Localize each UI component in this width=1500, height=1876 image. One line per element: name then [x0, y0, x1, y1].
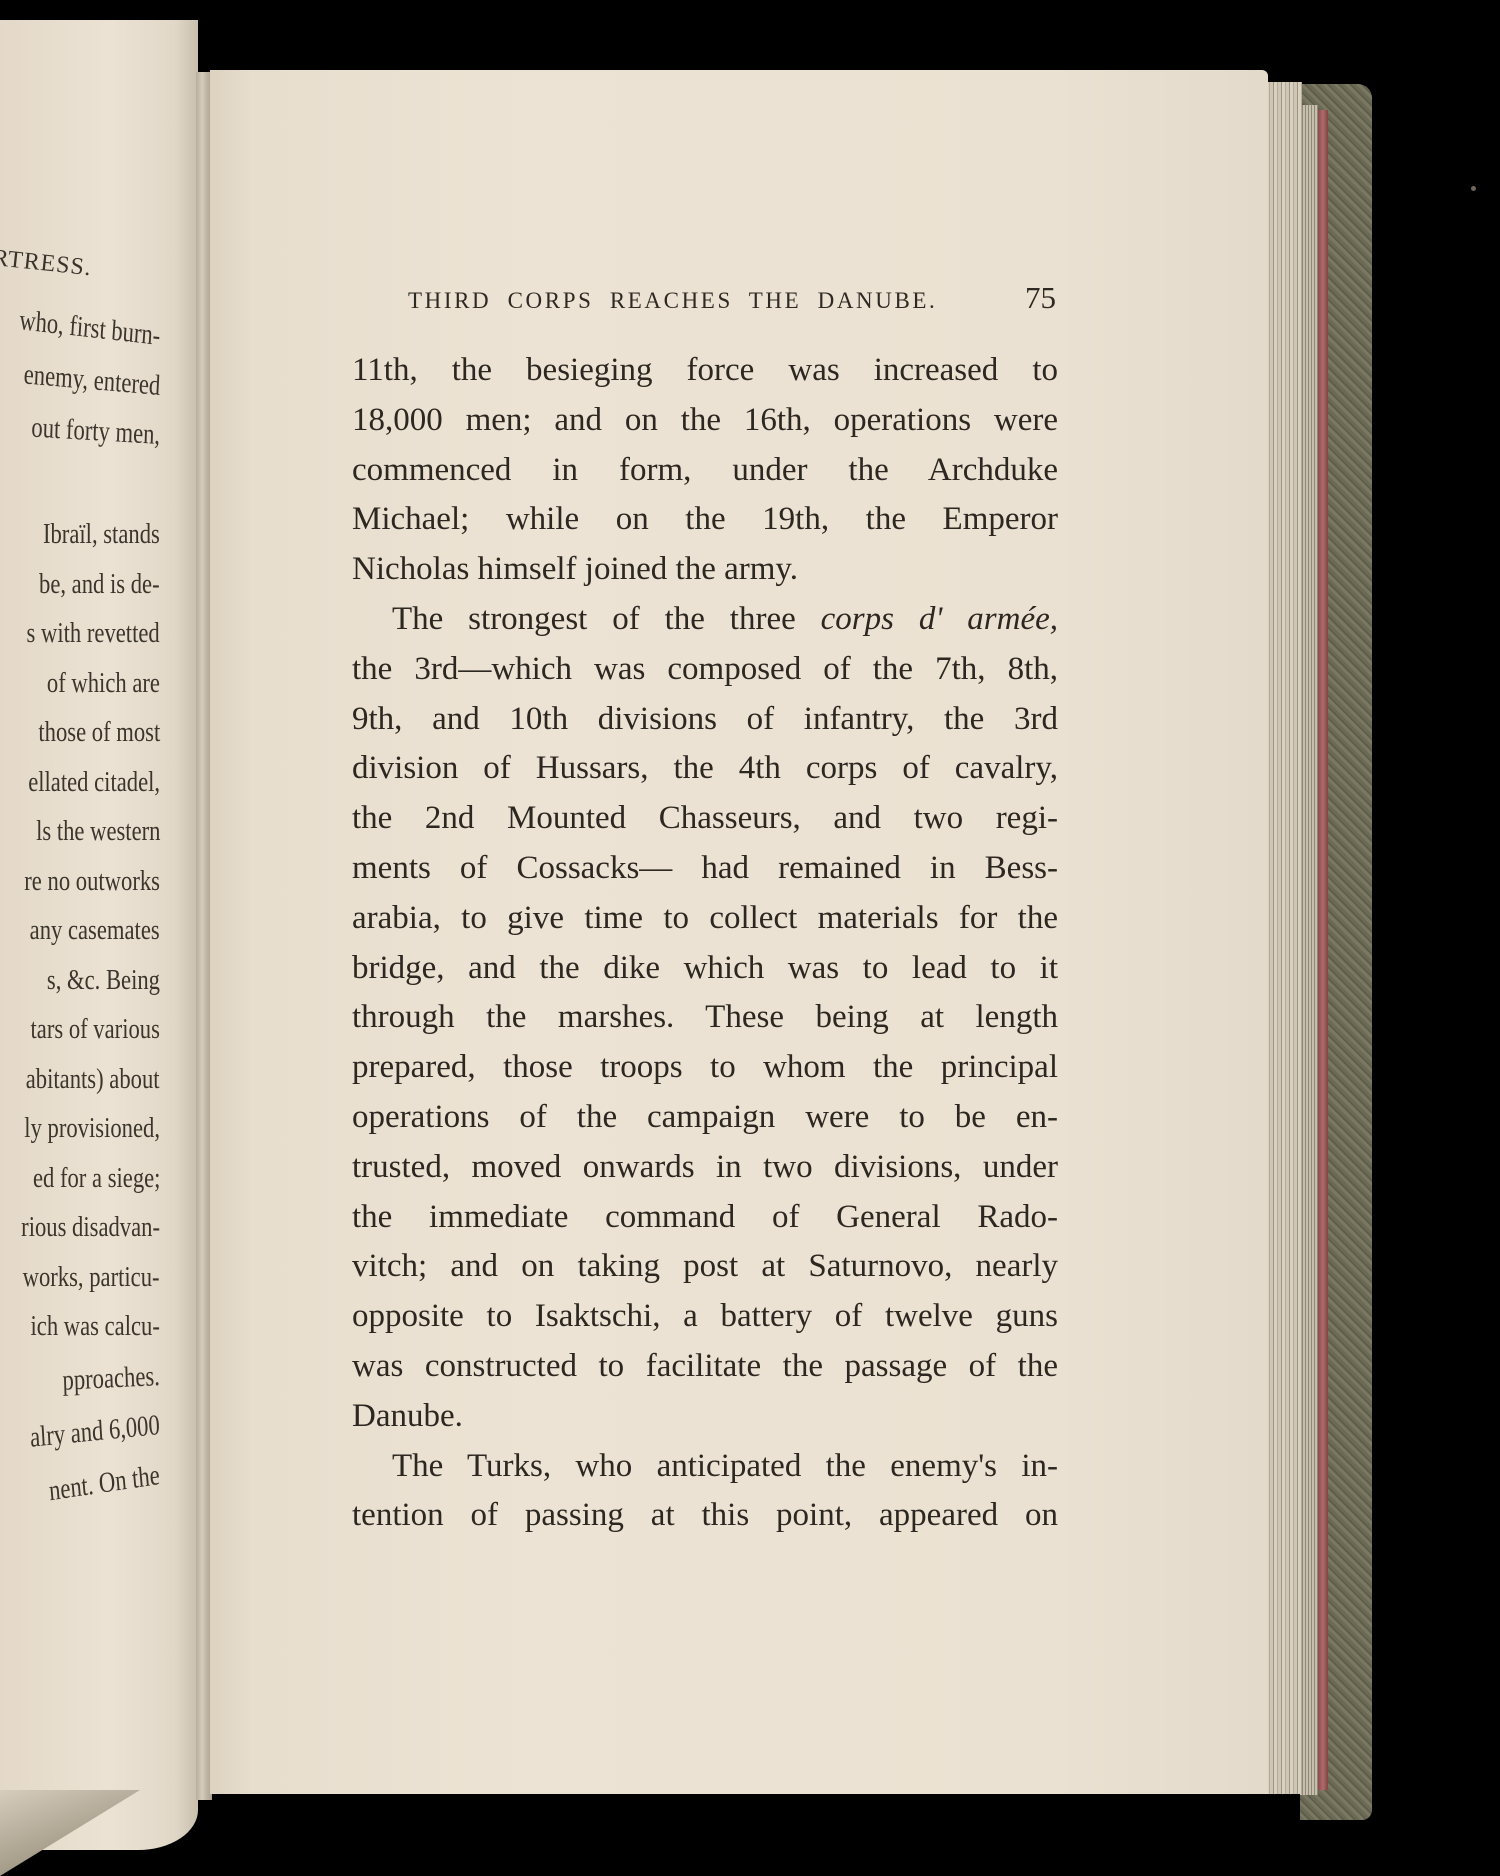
text-line: prepared, those troops to whom the princ… — [352, 1043, 1058, 1093]
red-page-edge — [1318, 110, 1328, 1790]
left-page-line: ed for a siege; — [33, 1162, 160, 1195]
text-line: The strongest of the three corps d' armé… — [352, 595, 1058, 645]
text-line: 18,000 men; and on the 16th, operations … — [352, 396, 1058, 446]
text-line: arabia, to give time to collect material… — [352, 894, 1058, 944]
text-line: Michael; while on the 19th, the Emperor — [352, 495, 1058, 545]
left-page-line: those of most — [38, 716, 160, 749]
text-line: 9th, and 10th divisions of infantry, the… — [352, 695, 1058, 745]
left-page-line: ly provisioned, — [24, 1112, 160, 1145]
left-page-line: any casemates — [30, 914, 160, 947]
text-line: commenced in form, under the Archduke — [352, 446, 1058, 496]
running-head: THIRD CORPS REACHES THE DANUBE. 75 — [408, 280, 1056, 320]
text-line: the 2nd Mounted Chasseurs, and two regi- — [352, 794, 1058, 844]
text-line: through the marshes. These being at leng… — [352, 993, 1058, 1043]
left-page-line: ellated citadel, — [28, 766, 160, 799]
text-line: operations of the campaign were to be en… — [352, 1093, 1058, 1143]
left-page-line: pproaches. — [62, 1360, 160, 1398]
running-title: THIRD CORPS REACHES THE DANUBE. — [408, 288, 937, 314]
text-line: trusted, moved onwards in two divisions,… — [352, 1143, 1058, 1193]
paper-speck — [1471, 186, 1476, 191]
left-page-line: ich was calcu- — [31, 1310, 160, 1343]
back-page-stack — [1300, 105, 1318, 1795]
left-page-line: ls the western — [36, 815, 160, 848]
left-page-line: rious disadvan- — [21, 1211, 160, 1244]
fore-edge-pages — [1262, 82, 1302, 1794]
left-page-line: of which are — [47, 667, 160, 700]
italic-phrase: corps d' armée, — [821, 601, 1058, 637]
text-line: Nicholas himself joined the army. — [352, 545, 1058, 595]
text-line: was constructed to facilitate the passag… — [352, 1342, 1058, 1392]
text-line: vitch; and on taking post at Saturnovo, … — [352, 1242, 1058, 1292]
text-line: tention of passing at this point, appear… — [352, 1491, 1058, 1541]
left-page-line: Ibraïl, stands — [43, 518, 160, 551]
text-line: 11th, the besieging force was increased … — [352, 346, 1058, 396]
left-page-line: s with revetted — [27, 617, 160, 650]
left-page-line: works, particu- — [23, 1261, 160, 1294]
paper-speck — [1352, 524, 1355, 527]
left-page-line: abitants) about — [26, 1063, 160, 1096]
text-line: division of Hussars, the 4th corps of ca… — [352, 744, 1058, 794]
text-line: The Turks, who anticipated the enemy's i… — [352, 1442, 1058, 1492]
text-line: ments of Cossacks— had remained in Bess- — [352, 844, 1058, 894]
text-line: the 3rd—which was composed of the 7th, 8… — [352, 645, 1058, 695]
text-line: the immediate command of General Rado- — [352, 1193, 1058, 1243]
text-line: opposite to Isaktschi, a battery of twel… — [352, 1292, 1058, 1342]
text-span: The strongest of the three — [392, 601, 821, 637]
left-page-line: s, &c. Being — [47, 964, 160, 997]
text-line: bridge, and the dike which was to lead t… — [352, 944, 1058, 994]
text-line: Danube. — [352, 1392, 1058, 1442]
left-page-line: be, and is de- — [39, 568, 160, 601]
left-page-line: re no outworks — [24, 865, 160, 898]
left-page-line: tars of various — [31, 1013, 160, 1046]
body-text: 11th, the besieging force was increased … — [352, 346, 1058, 1541]
page-number: 75 — [1025, 280, 1056, 316]
